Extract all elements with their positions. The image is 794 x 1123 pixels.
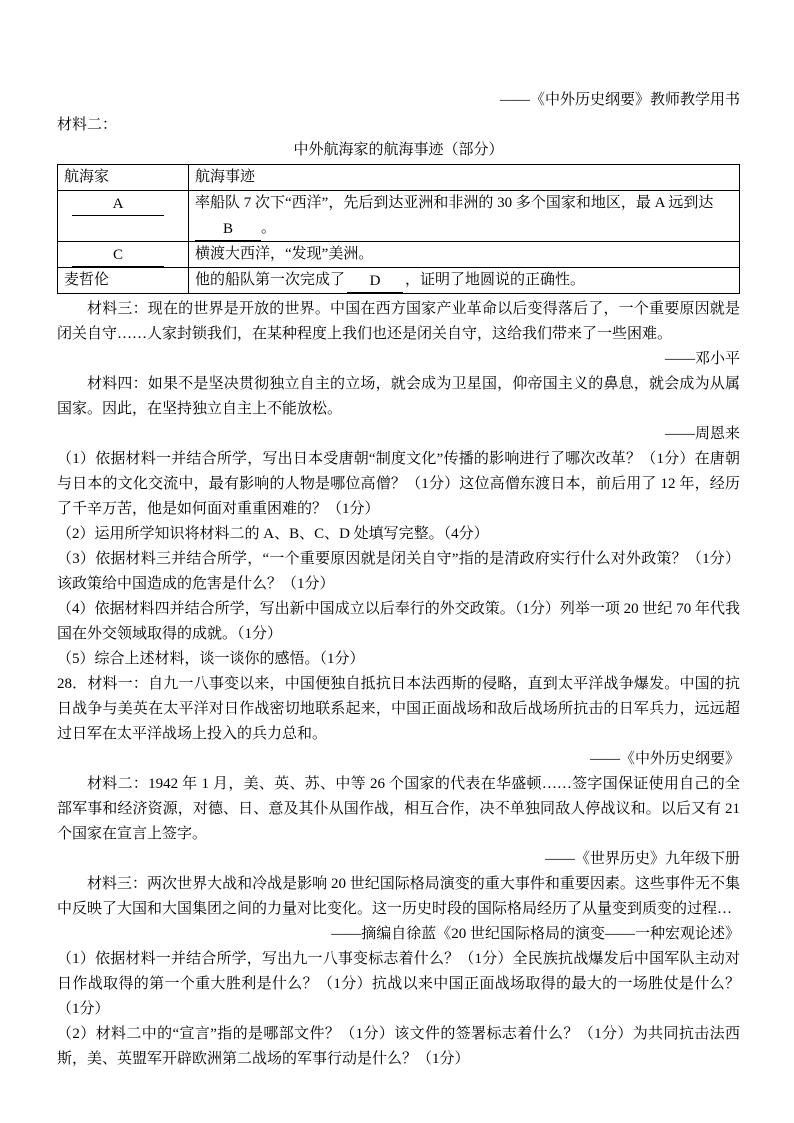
question-27-1: （1）依据材料一并结合所学，写出日本受唐朝“制度文化”传播的影响进行了哪次改革？… [57,447,740,522]
q28-material-three-source: ——摘编自徐蓝《20 世纪国际格局的演变——一种宏观论述》 [57,922,740,947]
navigators-table: 航海家 航海事迹 A 率船队 7 次下“西洋”，先后到达亚洲和非洲的 30 多个… [57,164,740,294]
question-27-5: （5）综合上述材料，谈一谈你的感悟。（1分） [57,647,740,672]
q28-material-two: 材料二：1942 年 1 月，美、英、苏、中等 26 个国家的代表在华盛顿……签… [57,772,740,847]
blank-a: A [72,193,164,216]
blank-d: D [347,270,403,293]
material-three-paragraph: 材料三：现在的世界是开放的世界。中国在西方国家产业革命以后变得落后了，一个重要原… [57,297,740,347]
table-header-row: 航海家 航海事迹 [58,165,740,191]
header-navigator: 航海家 [58,165,189,191]
q28-material-three: 材料三：两次世界大战和冷战是影响 20 世纪国际格局演变的重大事件和重要因素。这… [57,872,740,922]
source-note-top: ——《中外历史纲要》教师教学用书 [57,88,740,113]
table-row-magellan: 麦哲伦 他的船队第一次完成了D，证明了地圆说的正确性。 [58,268,740,294]
blank-b: B [195,218,261,241]
table-row-a: A 率船队 7 次下“西洋”，先后到达亚洲和非洲的 30 多个国家和地区，最 A… [58,191,740,242]
question-28-1: （1）依据材料一并结合所学，写出九一八事变标志着什么？（1分）全民族抗战爆发后中… [57,947,740,1022]
deeds-d-prefix: 他的船队第一次完成了 [195,272,345,288]
deeds-a-suffix: 。 [261,220,276,236]
question-27-2: （2）运用所学知识将材料二的 A、B、C、D 处填写完整。（4分） [57,522,740,547]
header-deeds: 航海事迹 [189,165,740,191]
q28-material-one-source: ——《中外历史纲要》 [57,747,740,772]
q28-material-one: 28．材料一：自九一八事变以来，中国便独自抵抗日本法西斯的侵略，直到太平洋战争爆… [57,672,740,747]
deeds-d-suffix: ，证明了地圆说的正确性。 [405,272,585,288]
document-page: ——《中外历史纲要》教师教学用书 材料二： 中外航海家的航海事迹（部分） 航海家… [0,0,794,1123]
material-three-source: ——邓小平 [57,347,740,372]
material-four-paragraph: 材料四：如果不是坚决贯彻独立自主的立场，就会成为卫星国，仰帝国主义的鼻息，就会成… [57,372,740,422]
blank-c: C [72,244,164,267]
question-27-3: （3）依据材料三并结合所学，“一个重要原因就是闭关自守”指的是清政府实行什么对外… [57,547,740,597]
navigator-magellan: 麦哲伦 [64,272,109,288]
table-row-c: C 横渡大西洋，“发现”美洲。 [58,242,740,268]
table-title: 中外航海家的航海事迹（部分） [57,138,740,163]
material-two-label: 材料二： [57,113,740,138]
question-28-2: （2）材料二中的“宣言”指的是哪部文件？（1分）该文件的签署标志着什么？（1分）… [57,1022,740,1072]
deeds-a-text: 率船队 7 次下“西洋”，先后到达亚洲和非洲的 30 多个国家和地区，最 A 远… [195,195,713,211]
material-four-source: ——周恩来 [57,422,740,447]
q28-material-two-source: ——《世界历史》九年级下册 [57,847,740,872]
question-27-4: （4）依据材料四并结合所学，写出新中国成立以后奉行的外交政策。（1分）列举一项 … [57,597,740,647]
deeds-c-text: 横渡大西洋，“发现”美洲。 [195,246,373,262]
